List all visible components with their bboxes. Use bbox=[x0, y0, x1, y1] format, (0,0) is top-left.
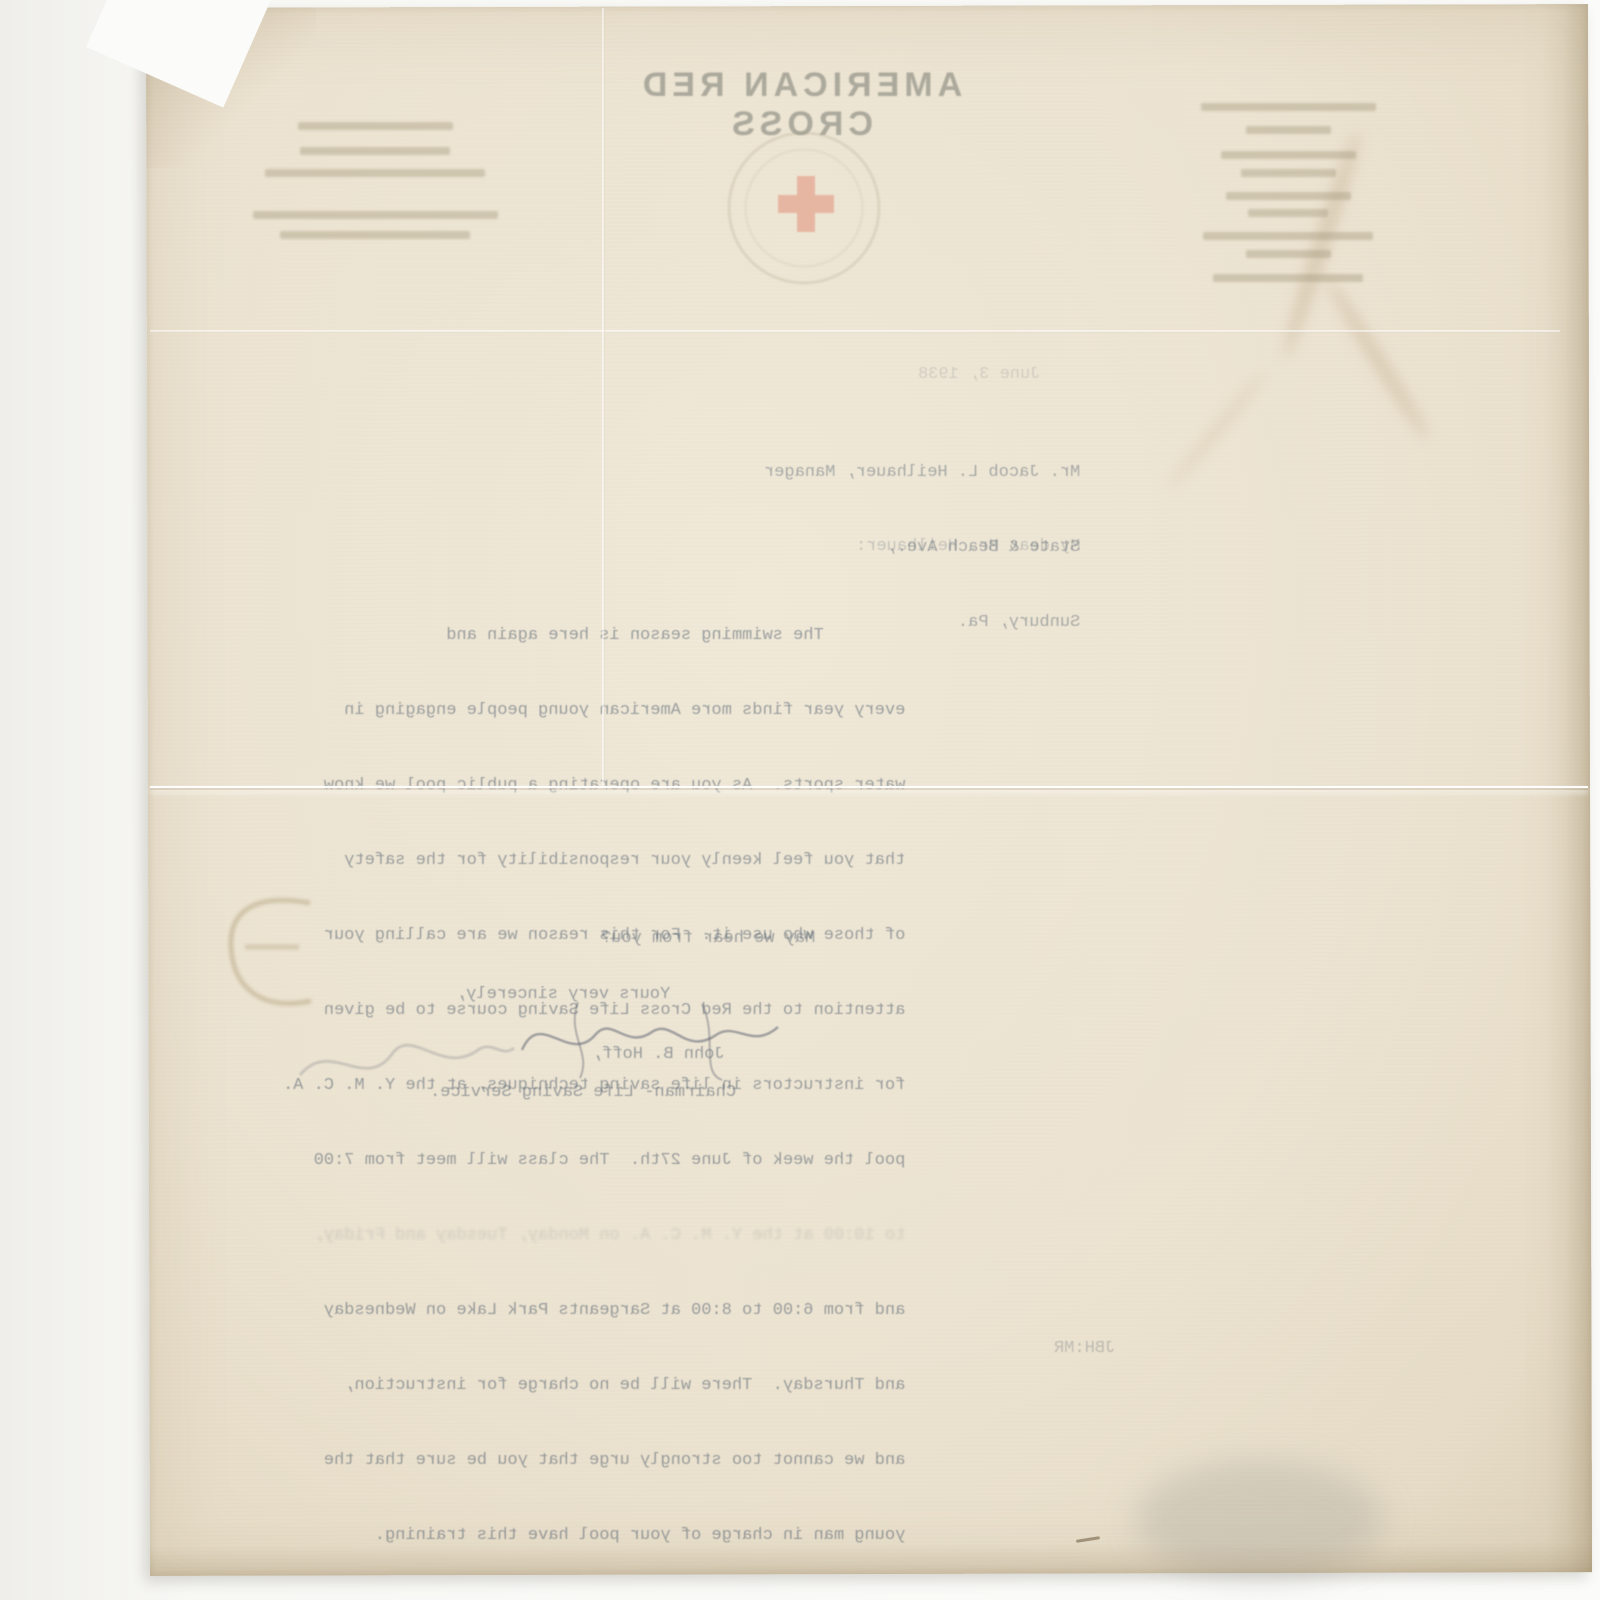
body-line: pool the week of June 27th. The class wi… bbox=[283, 1148, 905, 1173]
letterhead-ghost-line bbox=[1226, 192, 1351, 200]
body-line: and Thursday. There will be no charge fo… bbox=[283, 1373, 905, 1398]
letterhead-ghost-line bbox=[300, 147, 450, 155]
scan-background: AMERICAN RED CROSS June 3, 1938 Mr. Jaco… bbox=[0, 0, 1600, 1600]
closing-line: Yours very sincerely, bbox=[456, 982, 670, 1007]
letterhead-ghost-line bbox=[1241, 169, 1336, 177]
body-line: to 10:00 at the Y. M. C. A. on Monday, T… bbox=[283, 1223, 905, 1248]
address-line: Mr. Jacob L. Heilhauer, Manager bbox=[764, 460, 1080, 485]
letterhead-ghost-line bbox=[1246, 250, 1331, 258]
letterhead-ghost-line bbox=[280, 231, 470, 239]
body-line: every year finds more American young peo… bbox=[283, 698, 905, 723]
letter-content: AMERICAN RED CROSS June 3, 1938 Mr. Jaco… bbox=[0, 0, 1600, 1600]
body-line: that you feel keenly your responsibility… bbox=[283, 848, 905, 873]
question-line: May we hear from you? bbox=[601, 926, 815, 951]
body-line: young man in charge of your pool have th… bbox=[283, 1523, 905, 1548]
letterhead-ghost-line bbox=[1246, 126, 1331, 134]
letterhead-ghost-line bbox=[298, 122, 453, 130]
letterhead-ghost-line bbox=[1221, 151, 1356, 159]
body-line: The swimming season is here again and bbox=[283, 623, 905, 648]
body-line: and from 6:00 to 8:00 at Sargeants Park … bbox=[283, 1298, 905, 1323]
letterhead-ghost-line bbox=[1201, 103, 1376, 111]
body-line: water sports. As you are operating a pub… bbox=[283, 773, 905, 798]
date-line: June 3, 1938 bbox=[918, 362, 1040, 387]
cross-vertical-bar bbox=[797, 176, 815, 232]
signature-title: Chairman- Life Saving Service. bbox=[430, 1080, 736, 1105]
letterhead-ghost-column-right bbox=[1158, 0, 1418, 400]
red-cross-seal bbox=[728, 132, 880, 284]
body-line: and we cannot too strongly urge that you… bbox=[283, 1448, 905, 1473]
signature-name: John B. Hoff, bbox=[592, 1042, 725, 1067]
letterhead-ghost-line bbox=[253, 211, 498, 219]
letterhead-ghost-column-left bbox=[245, 0, 505, 400]
letterhead-ghost-line bbox=[1248, 209, 1328, 217]
salutation-line: My dear Mr. Heilhauer: bbox=[856, 534, 1080, 559]
letterhead-ghost-line bbox=[265, 169, 485, 177]
red-cross-icon bbox=[778, 176, 834, 232]
letterhead-ghost-line bbox=[1203, 232, 1373, 240]
reference-initials: JBH:MR bbox=[1054, 1336, 1115, 1361]
letterhead-ghost-line bbox=[1213, 274, 1363, 282]
